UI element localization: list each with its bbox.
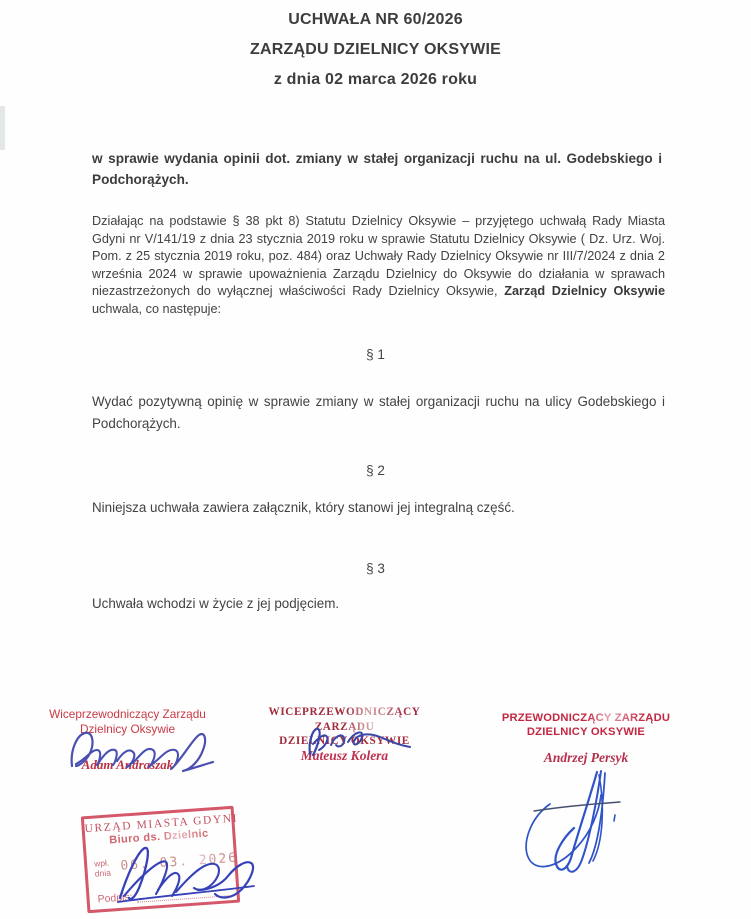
preamble-bold-body-name: Zarząd Dzielnicy Oksywie [504,284,665,298]
section-1-heading: § 1 [0,347,751,362]
scanned-document-page: UCHWAŁA NR 60/2026 ZARZĄDU DZIELNICY OKS… [0,0,751,919]
office-received-stamp: URZĄD MIASTA GDYNI Biuro ds. Dzielnic wp… [81,806,240,913]
signer-name: Andrzej Persyk [497,750,675,766]
section-3-heading: § 3 [0,561,751,576]
stamp-signature-dotted-line [136,884,229,902]
signature-block-chair: PRZEWODNICZĄCY ZARZĄDU DZIELNICY OKSYWIE… [497,712,675,739]
legal-preamble: Działając na podstawie § 38 pkt 8) Statu… [92,213,665,318]
stamp-signature-label: Podpis: [97,891,133,905]
document-title: UCHWAŁA NR 60/2026 ZARZĄDU DZIELNICY OKS… [0,5,751,95]
title-issuing-body: ZARZĄDU DZIELNICY OKSYWIE [0,35,751,65]
stamp-received-label: wpł. dnia [94,858,111,879]
role-title-line1: Wiceprzewodniczący Zarządu [40,707,215,722]
role-title-line2: DZIELNICY OKSYWIE [252,734,437,749]
signer-name: Adam Andraszak [40,757,215,773]
signature-block-vice-chair-left: Wiceprzewodniczący Zarządu Dzielnicy Oks… [40,707,215,737]
role-title-line2: Dzielnicy Oksywie [40,722,215,737]
stamp-date: 06. 03. 2026 [120,851,239,874]
signer-name: Mateusz Kolera [252,748,437,764]
section-2-text: Niniejsza uchwała zawiera załącznik, któ… [92,497,665,519]
handwritten-signature-ink [518,766,636,884]
section-2-heading: § 2 [0,463,751,478]
role-title-line2: DZIELNICY OKSYWIE [497,726,675,740]
section-1-text: Wydać pozytywną opinię w sprawie zmiany … [92,391,665,434]
title-date: z dnia 02 marca 2026 roku [0,65,751,95]
scan-edge-artifact [0,106,5,150]
role-title-line1: PRZEWODNICZĄCY ZARZĄDU [497,712,675,726]
role-title-line1: WICEPRZEWODNICZĄCY ZARZĄDU [252,705,437,734]
section-3-text: Uchwała wchodzi w życie z jej podjęciem. [92,593,665,615]
title-resolution-number: UCHWAŁA NR 60/2026 [0,5,751,35]
signature-block-vice-chair-center: WICEPRZEWODNICZĄCY ZARZĄDU DZIELNICY OKS… [252,705,437,749]
preamble-text-end: uchwala, co następuje: [92,302,221,316]
subject-line: w sprawie wydania opinii dot. zmiany w s… [92,148,662,190]
